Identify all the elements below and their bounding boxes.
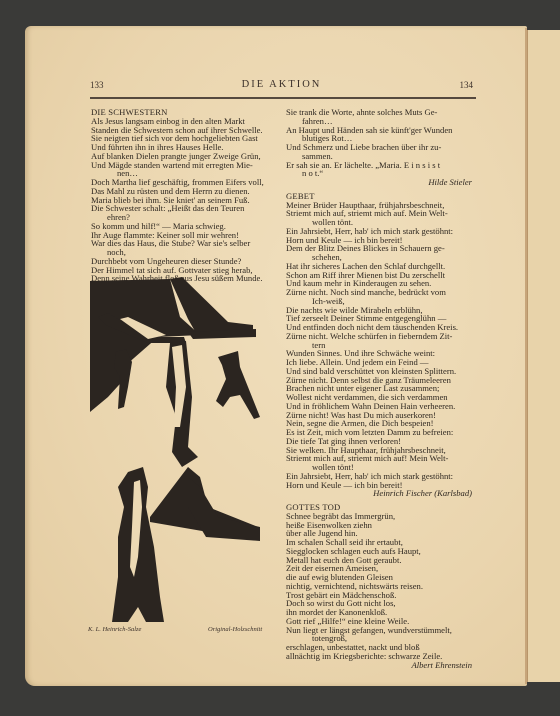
page-header: 133 DIE AKTION 134 bbox=[90, 80, 473, 94]
illustration-type-caption: Original-Holzschnitt bbox=[208, 626, 262, 633]
right-column: Sie trank die Worte, ahnte solches Muts … bbox=[286, 108, 476, 669]
magazine-title: DIE AKTION bbox=[90, 79, 473, 90]
left-column: DIE SCHWESTERN Als Jesus langsam einbog … bbox=[91, 108, 271, 283]
next-page-edge bbox=[527, 30, 560, 682]
poem-author-heinrich-fischer: Heinrich Fischer (Karlsbad) bbox=[286, 489, 476, 498]
illustration-artist-caption: K. L. Heinrich-Salze bbox=[88, 626, 141, 633]
woodcut-crucifixion-image bbox=[88, 277, 268, 625]
poem-author-albert-ehrenstein: Albert Ehrenstein bbox=[286, 661, 476, 670]
poem-author-hilde-stieler: Hilde Stieler bbox=[286, 178, 476, 187]
header-rule bbox=[90, 97, 476, 99]
page-number-right: 134 bbox=[460, 80, 474, 90]
